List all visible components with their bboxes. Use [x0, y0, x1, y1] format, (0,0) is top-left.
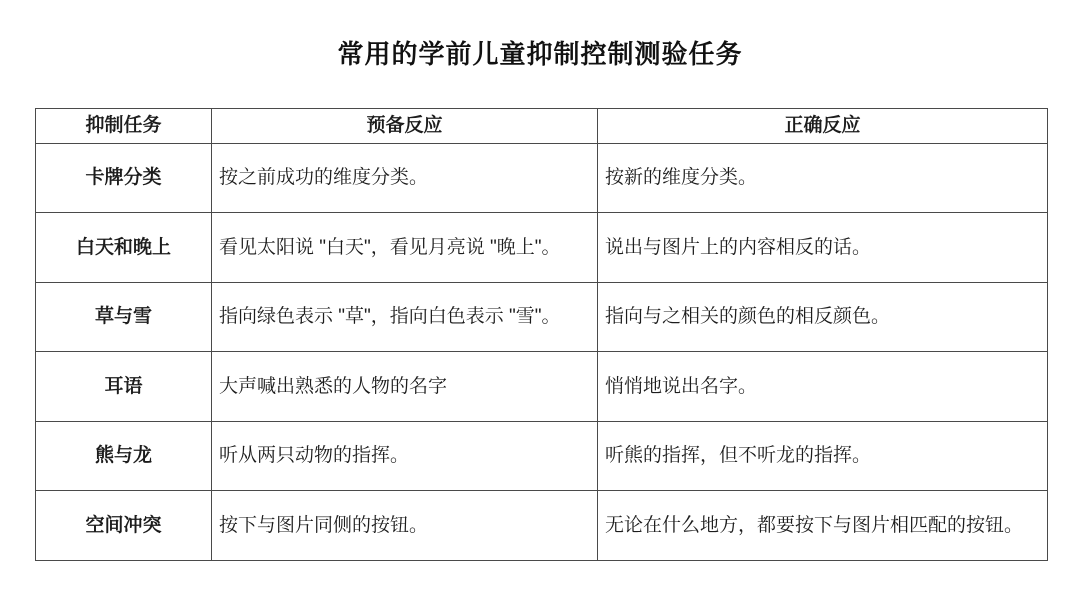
task-name: 熊与龙: [36, 421, 212, 491]
table-header-row: 抑制任务 预备反应 正确反应: [36, 109, 1048, 144]
inhibition-task-table: 抑制任务 预备反应 正确反应 卡牌分类 按之前成功的维度分类。 按新的维度分类。…: [35, 108, 1048, 561]
task-name: 耳语: [36, 352, 212, 422]
prepared-response: 看见太阳说 "白天"，看见月亮说 "晚上"。: [212, 213, 598, 283]
table-row: 耳语 大声喊出熟悉的人物的名字 悄悄地说出名字。: [36, 352, 1048, 422]
header-inhibition-task: 抑制任务: [36, 109, 212, 144]
task-name: 空间冲突: [36, 491, 212, 561]
task-name: 草与雪: [36, 282, 212, 352]
correct-response: 无论在什么地方，都要按下与图片相匹配的按钮。: [598, 491, 1048, 561]
prepared-response: 指向绿色表示 "草"，指向白色表示 "雪"。: [212, 282, 598, 352]
task-name: 卡牌分类: [36, 143, 212, 213]
prepared-response: 听从两只动物的指挥。: [212, 421, 598, 491]
header-correct-response: 正确反应: [598, 109, 1048, 144]
prepared-response: 大声喊出熟悉的人物的名字: [212, 352, 598, 422]
correct-response: 听熊的指挥，但不听龙的指挥。: [598, 421, 1048, 491]
table-row: 白天和晚上 看见太阳说 "白天"，看见月亮说 "晚上"。 说出与图片上的内容相反…: [36, 213, 1048, 283]
task-name: 白天和晚上: [36, 213, 212, 283]
table-row: 草与雪 指向绿色表示 "草"，指向白色表示 "雪"。 指向与之相关的颜色的相反颜…: [36, 282, 1048, 352]
correct-response: 说出与图片上的内容相反的话。: [598, 213, 1048, 283]
header-prepared-response: 预备反应: [212, 109, 598, 144]
table-row: 卡牌分类 按之前成功的维度分类。 按新的维度分类。: [36, 143, 1048, 213]
table-row: 空间冲突 按下与图片同侧的按钮。 无论在什么地方，都要按下与图片相匹配的按钮。: [36, 491, 1048, 561]
correct-response: 悄悄地说出名字。: [598, 352, 1048, 422]
table-row: 熊与龙 听从两只动物的指挥。 听熊的指挥，但不听龙的指挥。: [36, 421, 1048, 491]
correct-response: 指向与之相关的颜色的相反颜色。: [598, 282, 1048, 352]
page-title: 常用的学前儿童抑制控制测验任务: [0, 34, 1080, 71]
correct-response: 按新的维度分类。: [598, 143, 1048, 213]
prepared-response: 按下与图片同侧的按钮。: [212, 491, 598, 561]
prepared-response: 按之前成功的维度分类。: [212, 143, 598, 213]
